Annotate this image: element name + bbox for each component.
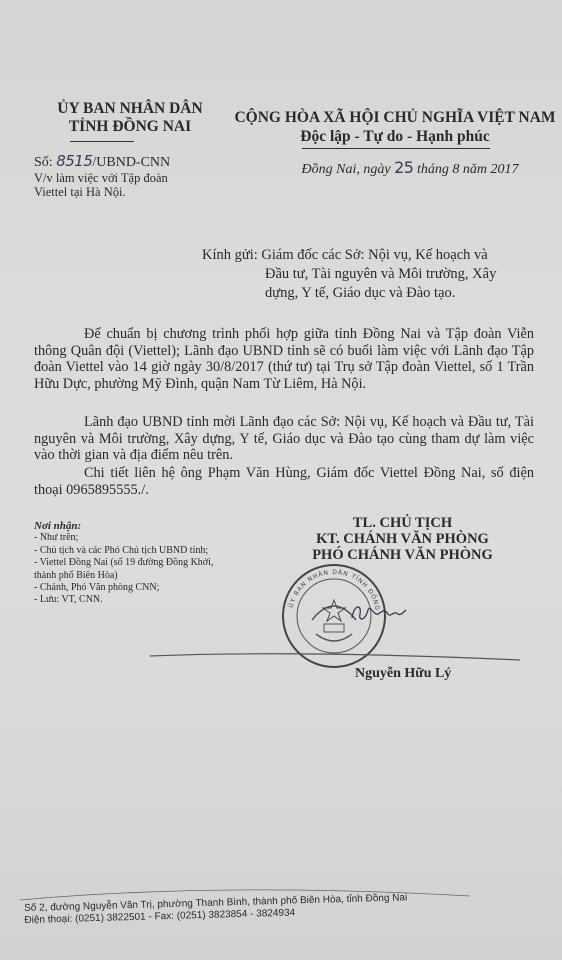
date-month-label: tháng	[417, 162, 449, 177]
recipient-item: - Lưu: VT, CNN.	[34, 594, 274, 606]
document-date: Đồng Nai, ngày 25 tháng 8 năm 2017	[260, 158, 560, 178]
authority-line-1: ỦY BAN NHÂN DÂN	[30, 100, 230, 118]
signature-line-2: KT. CHÁNH VĂN PHÒNG	[270, 531, 535, 547]
subject-line-2: Viettel tại Hà Nội.	[34, 185, 199, 199]
body-paragraph-3: Chi tiết liên hệ ông Phạm Văn Hùng, Giám…	[34, 465, 534, 498]
nation-title: CỘNG HÒA XÃ HỘI CHỦ NGHĨA VIỆT NAM	[230, 108, 560, 127]
authority-line-2: TỈNH ĐỒNG NAI	[30, 118, 230, 136]
number-label: Số:	[34, 155, 53, 170]
recipient-item: - Viettel Đồng Nai (số 19 đường Đồng Khở…	[34, 557, 274, 569]
date-month: 8	[452, 162, 459, 177]
number-handwritten: 8515	[56, 152, 92, 170]
date-year: 2017	[490, 162, 518, 177]
nation-motto: Độc lập - Tự do - Hạnh phúc	[230, 127, 560, 146]
handwritten-signature-icon	[348, 600, 408, 626]
date-prefix: Đồng Nai, ngày	[302, 162, 391, 177]
recipient-item: - Chủ tịch và các Phó Chủ tịch UBND tỉnh…	[34, 545, 274, 557]
addressee-block: Kính gửi: Giám đốc các Sở: Nội vụ, Kế ho…	[202, 246, 547, 303]
number-suffix: /UBND-CNN	[92, 155, 170, 170]
body-paragraph-1: Để chuẩn bị chương trình phối hợp giữa t…	[34, 326, 534, 392]
motto-underline	[302, 148, 490, 149]
recipients-list: Nơi nhận: - Như trên; - Chủ tịch và các …	[34, 520, 274, 607]
addressee-line-1: Giám đốc các Sở: Nội vụ, Kế hoạch và	[261, 247, 487, 263]
addressee-line-2: Đầu tư, Tài nguyên và Môi trường, Xây	[202, 265, 547, 284]
signature-line-1: TL. CHỦ TỊCH	[270, 515, 535, 531]
recipient-item: thành phố Biên Hòa)	[34, 570, 274, 582]
document-number: Số: 8515/UBND-CNN	[34, 152, 170, 171]
subject-line-1: V/v làm việc với Tập đoàn	[34, 171, 199, 185]
scan-line-artifact	[150, 646, 520, 666]
signature-block: TL. CHỦ TỊCH KT. CHÁNH VĂN PHÒNG PHÓ CHÁ…	[270, 515, 535, 563]
issuing-authority: ỦY BAN NHÂN DÂN TỈNH ĐỒNG NAI	[30, 100, 230, 136]
addressee-line-3: dựng, Y tế, Giáo dục và Đào tạo.	[202, 284, 547, 303]
authority-underline	[70, 141, 134, 142]
recipients-title: Nơi nhận:	[34, 520, 274, 532]
document-subject: V/v làm việc với Tập đoàn Viettel tại Hà…	[34, 171, 199, 199]
date-day-handwritten: 25	[394, 158, 413, 177]
recipient-item: - Chánh, Phó Văn phòng CNN;	[34, 582, 274, 594]
national-header: CỘNG HÒA XÃ HỘI CHỦ NGHĨA VIỆT NAM Độc l…	[230, 108, 560, 146]
signature-line-3: PHÓ CHÁNH VĂN PHÒNG	[270, 547, 535, 563]
addressee-label: Kính gửi:	[202, 247, 258, 263]
signer-name: Nguyễn Hữu Lý	[355, 666, 451, 682]
body-paragraph-2: Lãnh đạo UBND tỉnh mời Lãnh đạo các Sở: …	[34, 414, 534, 464]
date-year-label: năm	[463, 162, 487, 177]
recipient-item: - Như trên;	[34, 532, 274, 544]
